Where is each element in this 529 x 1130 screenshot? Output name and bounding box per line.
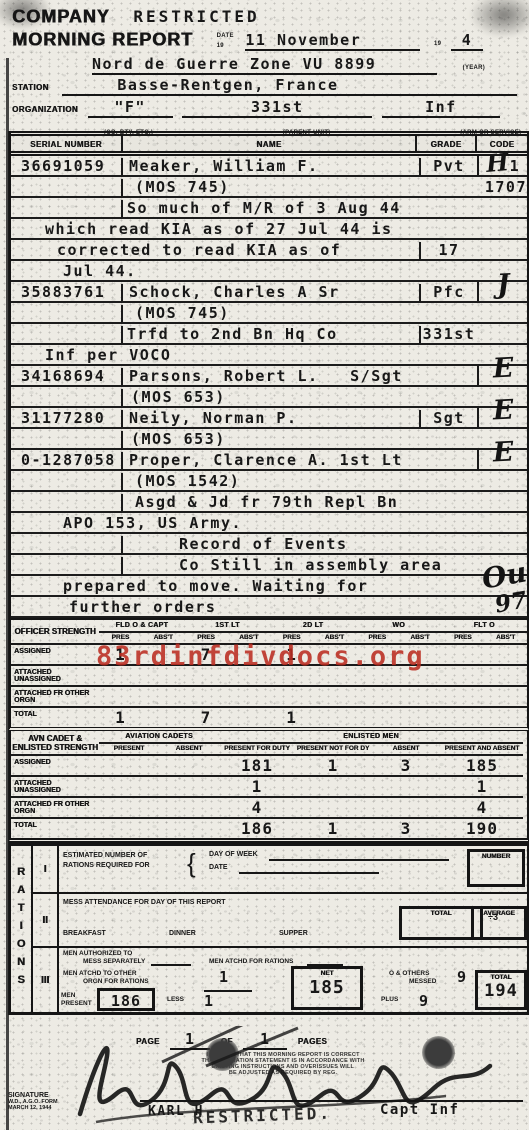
- org-sublabel-1: (CO. BTY. ETC.): [104, 130, 153, 136]
- cell: Parsons, Robert L. S/Sgt: [121, 368, 419, 385]
- cell: 0-1287058: [11, 452, 121, 469]
- scan-edge-line: [6, 58, 9, 1130]
- table-row: Trfd to 2nd Bn Hq Co 331st: [11, 324, 527, 345]
- table-row: 0-1287058 Proper, Clarence A. 1st Lt E: [11, 450, 527, 471]
- serial-number-header: SERIAL NUMBER: [11, 136, 121, 151]
- cell: Trfd to 2nd Bn Hq Co: [121, 326, 419, 343]
- cell: (MOS 745): [121, 179, 419, 196]
- cell: 31177280: [11, 410, 121, 427]
- roster-table: SERIAL NUMBER NAME GRADE CODE 36691059 M…: [8, 131, 529, 618]
- cell: [295, 796, 371, 817]
- cell: [99, 775, 159, 796]
- label: RATIONS REQUIRED FOR: [63, 862, 150, 869]
- rations-row-3: III MEN AUTHORIZED TO MESS SEPARATELY ME…: [33, 946, 527, 1012]
- cell: [227, 685, 270, 706]
- cell: 7: [185, 706, 228, 727]
- table-row: Inf per VOCO: [11, 345, 527, 366]
- table-row: further orders: [11, 597, 527, 618]
- table-row: prepared to move. Waiting for 97: [11, 576, 527, 597]
- handwritten-code: H: [485, 156, 509, 170]
- table-row: Jul 44.: [11, 261, 527, 282]
- cell: [159, 754, 219, 775]
- cell: [142, 706, 185, 727]
- cell: Proper, Clarence A. 1st Lt: [121, 452, 419, 469]
- enlisted-strength-title: AVN CADET & ENLISTED STRENGTH: [11, 731, 99, 754]
- cell: [441, 685, 484, 706]
- officer-strength-title: OFFICER STRENGTH: [11, 620, 99, 643]
- total-box: TOTAL 194: [475, 970, 527, 1010]
- org-unit-field: "F": [88, 98, 173, 118]
- cell: 4: [219, 796, 295, 817]
- table-row: (MOS 745): [11, 303, 527, 324]
- cell: [313, 685, 356, 706]
- cell: 35883761: [11, 284, 121, 301]
- label: DAY OF WEEK: [209, 851, 258, 858]
- cell: E: [477, 366, 527, 385]
- footer: PAGE 1 OF 1 PAGES I CERTIFY THAT THIS MO…: [8, 1030, 529, 1130]
- cell: [99, 685, 142, 706]
- cell: J: [477, 282, 527, 301]
- roman-numeral: I: [33, 846, 59, 892]
- cell: (MOS 1542): [121, 473, 419, 490]
- cell: E: [477, 450, 527, 469]
- cell: Pvt: [419, 158, 477, 175]
- label: MESSED: [409, 978, 436, 985]
- roman-numeral: II: [33, 894, 59, 946]
- row-label: TOTAL: [11, 817, 99, 838]
- subheader: PRESENT AND ABSENT: [441, 742, 523, 754]
- cell: 3: [371, 754, 441, 775]
- cell: Record of Events: [121, 536, 419, 553]
- net-box: NET 185: [291, 966, 363, 1010]
- column-group: ENLISTED MEN: [219, 731, 523, 742]
- cell: [371, 796, 441, 817]
- cell: [484, 643, 527, 664]
- row-label: ATTACHED UNASSIGNED: [11, 664, 99, 685]
- org-sublabel-2: (PARENT UNIT): [283, 130, 331, 136]
- table-row: 31177280 Neily, Norman P. Sgt E: [11, 408, 527, 429]
- cell: prepared to move. Waiting for: [11, 578, 419, 595]
- handwritten-signature: [66, 1026, 496, 1126]
- org-parent-field: 331st: [182, 98, 372, 118]
- cell: 17: [419, 242, 477, 259]
- table-row: (MOS 745) 1707: [11, 177, 527, 198]
- rations-section: RATIONS I ESTIMATED NUMBER OF RATIONS RE…: [8, 843, 529, 1015]
- cell: 185: [441, 754, 523, 775]
- rations-row-1: I ESTIMATED NUMBER OF RATIONS REQUIRED F…: [33, 846, 527, 892]
- date-stamp: DATE: [217, 33, 234, 39]
- table-row: Asgd & Jd fr 79th Repl Bn: [11, 492, 527, 513]
- cell: 1: [219, 775, 295, 796]
- cell: corrected to read KIA as of: [11, 242, 419, 259]
- table-row: 35883761 Schock, Charles A Sr Pfc J: [11, 282, 527, 303]
- cell: 1: [99, 706, 142, 727]
- cell: Co Still in assembly area: [121, 557, 442, 574]
- cell: [99, 817, 159, 838]
- average-box: AVERAGE: [471, 906, 527, 940]
- label: LESS: [167, 996, 184, 1003]
- table-row: corrected to read KIA as of 17: [11, 240, 527, 261]
- cell: [399, 706, 442, 727]
- column-group: 2D LT: [270, 620, 356, 631]
- cell: APO 153, US Army.: [11, 515, 527, 532]
- handwritten-code: J: [496, 280, 509, 291]
- rations-side-label: RATIONS: [11, 846, 33, 1012]
- date-stamp2: 19: [217, 43, 224, 49]
- column-group: WO: [356, 620, 442, 631]
- grade-header: GRADE: [415, 136, 475, 151]
- cell: 1: [270, 706, 313, 727]
- cell: 186: [219, 817, 295, 838]
- cell: 181: [219, 754, 295, 775]
- label: MEN AUTHORIZED TO: [63, 950, 132, 957]
- cell: 1: [295, 754, 371, 775]
- organization-label: ORGANIZATION: [12, 105, 78, 114]
- blank-field: [204, 982, 252, 992]
- station-label: STATION: [12, 83, 49, 92]
- subheader: ABSENT: [159, 742, 219, 754]
- label: O & OTHERS: [389, 970, 429, 977]
- subheader: ABS'T: [484, 631, 527, 643]
- cell: 1707: [419, 179, 527, 196]
- subheader: PRESENT: [99, 742, 159, 754]
- row-label: ATTACHED UNASSIGNED: [11, 775, 99, 796]
- subheader: PRES: [441, 631, 484, 643]
- column-group: AVIATION CADETS: [99, 731, 219, 742]
- place-field: Nord de Guerre Zone VU 8899: [92, 55, 437, 75]
- handwritten-code: E: [492, 405, 513, 416]
- rations-row-2: II MESS ATTENDANCE FOR DAY OF THIS REPOR…: [33, 892, 527, 946]
- org-arm-field: Inf: [382, 98, 500, 118]
- value: 1: [204, 992, 215, 1010]
- company-label: COMPANY: [12, 5, 110, 27]
- cell: [99, 754, 159, 775]
- org-sublabel-3: (ARM OR SERVICE): [460, 130, 521, 136]
- name-header: NAME: [121, 136, 415, 151]
- archive-watermark: 83rdinfdivdocs.org: [96, 641, 425, 672]
- label: SUPPER: [279, 930, 308, 937]
- label: MESS SEPARATELY: [83, 958, 145, 965]
- cell: (MOS 745): [121, 305, 419, 322]
- label: DINNER: [169, 930, 196, 937]
- cell: (MOS 653): [121, 389, 419, 406]
- cell: [399, 685, 442, 706]
- label: ESTIMATED NUMBER OF: [63, 852, 147, 859]
- table-row: (MOS 1542): [11, 471, 527, 492]
- label: MEN ATCHD TO OTHER: [63, 970, 137, 977]
- morning-report-label: MORNING REPORT: [12, 28, 193, 50]
- handwritten-code: E: [492, 363, 513, 374]
- men-present-box: 186: [97, 988, 155, 1011]
- year-caption: (YEAR): [463, 65, 485, 71]
- table-row: Record of Events: [11, 534, 527, 555]
- label: PRESENT: [61, 1000, 92, 1007]
- cell: [356, 685, 399, 706]
- cell: [295, 775, 371, 796]
- cell: E: [477, 408, 527, 427]
- cell: So much of M/R of 3 Aug 44: [121, 200, 419, 217]
- cell: [484, 706, 527, 727]
- cell: which read KIA as of 27 Jul 44 is: [11, 221, 527, 238]
- cell: [270, 685, 313, 706]
- row-label: TOTAL: [11, 706, 99, 727]
- table-row: 36691059 Meaker, William F. Pvt H1: [11, 156, 527, 177]
- cell: [185, 685, 228, 706]
- blank-field: [239, 864, 379, 874]
- cell: 4: [441, 796, 523, 817]
- column-group: FLD O & CAPT: [99, 620, 185, 631]
- table-row: which read KIA as of 27 Jul 44 is: [11, 219, 527, 240]
- handwritten-mark: Ou: [481, 562, 529, 589]
- handwritten-code: E: [492, 447, 513, 458]
- cell: H1: [477, 156, 527, 175]
- row-label: ATTACHED FR OTHER ORGN: [11, 685, 99, 706]
- blank-field: [151, 956, 191, 966]
- roman-numeral: III: [33, 948, 59, 1012]
- blank-field: [269, 851, 449, 861]
- roster-header-row: SERIAL NUMBER NAME GRADE CODE: [11, 131, 527, 156]
- cell: further orders: [11, 599, 527, 616]
- cell: [356, 706, 399, 727]
- column-group: 1ST LT: [185, 620, 271, 631]
- cell: Inf per VOCO: [11, 347, 527, 364]
- row-label: ASSIGNED: [11, 754, 99, 775]
- table-row: APO 153, US Army.: [11, 513, 527, 534]
- handwritten-mark: 97: [493, 590, 528, 615]
- cell: [159, 817, 219, 838]
- cell: [484, 685, 527, 706]
- label: PLUS: [381, 996, 398, 1003]
- cell: 1: [295, 817, 371, 838]
- row-label: ASSIGNED: [11, 643, 99, 664]
- label: MEN ATCHD FOR RATIONS: [209, 958, 293, 965]
- cell: [441, 706, 484, 727]
- label: DATE: [209, 864, 228, 871]
- table-row: 34168694 Parsons, Robert L. S/Sgt E: [11, 366, 527, 387]
- restricted-stamp-top: RESTRICTED: [133, 7, 259, 26]
- label: MESS ATTENDANCE FOR DAY OF THIS REPORT: [63, 899, 226, 906]
- cell: 331st: [419, 326, 477, 343]
- cell: (MOS 653): [121, 431, 419, 448]
- brace: {: [187, 848, 196, 879]
- cell: Schock, Charles A Sr: [121, 284, 419, 301]
- cell: Meaker, William F.: [121, 158, 419, 175]
- cell: Asgd & Jd fr 79th Repl Bn: [121, 494, 419, 511]
- column-group: FLT O: [441, 620, 527, 631]
- year-field: 4: [451, 31, 483, 51]
- cell: Jul 44.: [11, 263, 527, 280]
- label: ORGN FOR RATIONS: [83, 978, 149, 985]
- cell: [441, 643, 484, 664]
- station-field: Basse-Rentgen, France: [62, 76, 517, 96]
- value: 9: [419, 992, 430, 1010]
- cell: 1: [441, 775, 523, 796]
- cell: [142, 685, 185, 706]
- cell: 36691059: [11, 158, 121, 175]
- label: BREAKFAST: [63, 930, 106, 937]
- subheader: ABSENT: [371, 742, 441, 754]
- table-row: (MOS 653): [11, 429, 527, 450]
- table-row: So much of M/R of 3 Aug 44: [11, 198, 527, 219]
- label: MEN: [61, 992, 75, 999]
- value: 9: [457, 968, 468, 986]
- cell: [313, 706, 356, 727]
- cell: [484, 664, 527, 685]
- date-field: 11 November: [245, 31, 420, 51]
- year-prefix: 19: [434, 41, 441, 47]
- cell: Sgt: [419, 410, 477, 427]
- cell: [159, 796, 219, 817]
- scanned-morning-report-document: { "watermark": {"text": "83rdinfdivdocs.…: [0, 0, 529, 1130]
- cell: [227, 706, 270, 727]
- cell: Pfc: [419, 284, 477, 301]
- cell: 34168694: [11, 368, 121, 385]
- table-row: Co Still in assembly area Ou: [11, 555, 527, 576]
- cell: [99, 796, 159, 817]
- cell: [371, 775, 441, 796]
- blank-field: [307, 956, 343, 966]
- cell: 190: [441, 817, 523, 838]
- cell: [441, 664, 484, 685]
- number-box: NUMBER: [467, 849, 525, 887]
- cell: 3: [371, 817, 441, 838]
- enlisted-strength-table: AVN CADET & ENLISTED STRENGTH AVIATION C…: [8, 731, 529, 843]
- subheader: PRESENT FOR DUTY: [219, 742, 295, 754]
- table-row: (MOS 653): [11, 387, 527, 408]
- subheader: PRESENT NOT FOR DY: [295, 742, 371, 754]
- cell: [159, 775, 219, 796]
- document-header: COMPANY RESTRICTED MORNING REPORT DATE 1…: [0, 0, 529, 131]
- officer-strength-table: OFFICER STRENGTH FLD O & CAPT 1ST LT 2D …: [8, 618, 529, 731]
- cell: Neily, Norman P.: [121, 410, 419, 427]
- row-label: ATTACHED FR OTHER ORGN: [11, 796, 99, 817]
